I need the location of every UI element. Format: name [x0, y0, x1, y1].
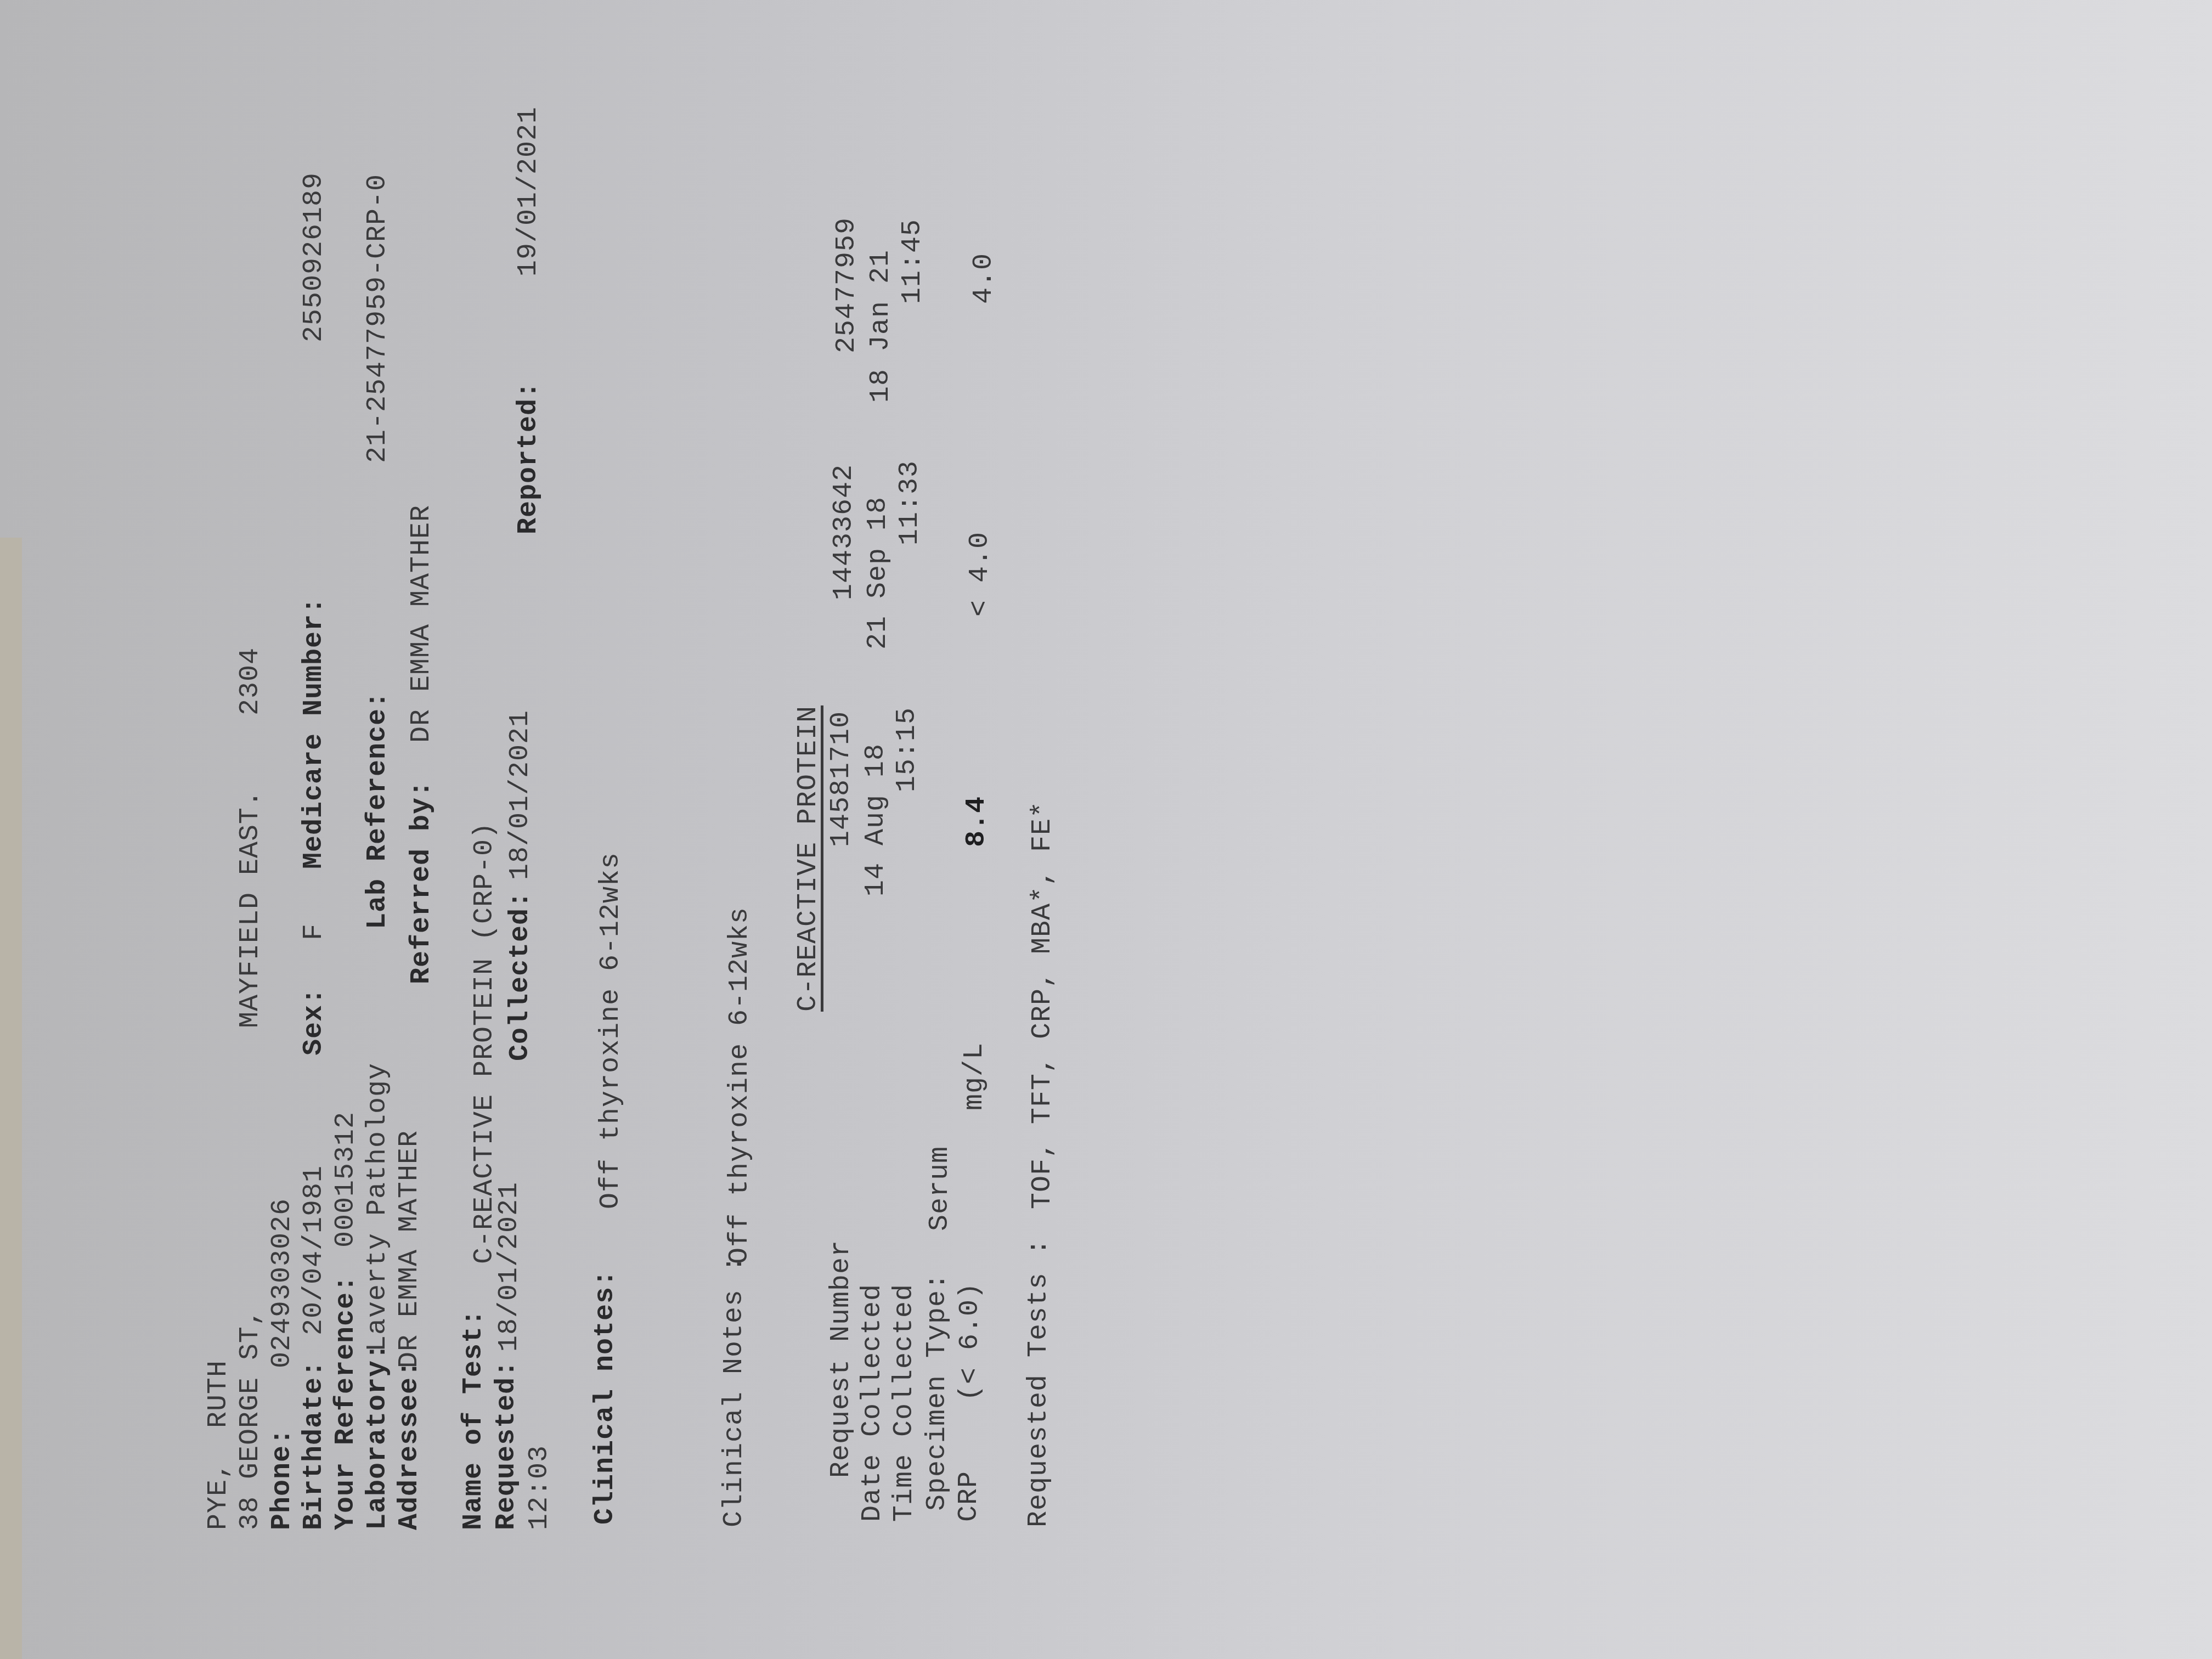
laboratory-label: Laboratory:: [362, 1343, 394, 1530]
results-heading: C-REACTIVE PROTEIN: [793, 706, 825, 1012]
col2-date: 21 Sep 18: [862, 496, 894, 650]
crp-units: mg/L: [959, 1042, 991, 1110]
col3-date: 18 Jan 21: [865, 250, 897, 403]
phone-value: 0249303026: [267, 1198, 298, 1368]
phone-label: Phone:: [267, 1428, 298, 1530]
birthdate-label: Birthdate:: [298, 1360, 330, 1530]
referred-by-value: DR EMMA MATHER: [406, 505, 438, 743]
col1-request-number: 14581710: [826, 711, 857, 847]
requested-tests-label: Requested Tests :: [1023, 1238, 1055, 1527]
row-label-specimen-type: Specimen Type:: [922, 1273, 953, 1511]
sex-label: Sex:: [298, 988, 330, 1056]
patient-address-suburb: MAYFIELD EAST.: [235, 790, 267, 1028]
patient-postcode: 2304: [235, 647, 267, 715]
addressee-label: Addressee:: [394, 1360, 426, 1530]
birthdate-value: 20/04/1981: [298, 1165, 330, 1335]
requested-date: 18/01/2021: [494, 1182, 526, 1352]
col2-request-number: 14433642: [828, 464, 860, 600]
crp-reference-range: (< 6.0): [955, 1282, 986, 1401]
col3-time: 11:45: [897, 219, 929, 304]
requested-time: 12:03: [524, 1445, 556, 1530]
col1-date: 14 Aug 18: [860, 743, 892, 896]
clinical-notes2-value: Off thyroxine 6-12wks: [724, 907, 756, 1264]
requested-label: Requested:: [491, 1360, 523, 1530]
sex-value: F: [298, 923, 330, 940]
row-label-request-number: Request Number: [826, 1240, 857, 1478]
col1-crp-value: 8.4: [961, 796, 993, 847]
pathology-report: PYE, RUTH 38 GEORGE ST, MAYFIELD EAST. 2…: [0, 0, 2212, 1659]
col2-crp-value: < 4.0: [964, 532, 996, 617]
clinical-notes-value: Off thyroxine 6-12wks: [595, 852, 627, 1209]
laboratory-value: Laverty Pathology: [362, 1063, 394, 1352]
row-label-time-collected: Time Collected: [889, 1284, 921, 1522]
your-reference-label: Your Reference:: [330, 1275, 362, 1530]
referred-by-label: Referred by:: [406, 780, 438, 984]
addressee-value: DR EMMA MATHER: [394, 1130, 426, 1368]
col3-crp-value: 4.0: [968, 253, 1000, 304]
col1-time: 15:15: [891, 707, 923, 792]
patient-address-street: 38 GEORGE ST,: [235, 1309, 267, 1530]
your-reference-value: 00015312: [330, 1111, 362, 1248]
collected-date: 18/01/2021: [505, 710, 537, 880]
col2-time: 11:33: [894, 460, 926, 545]
patient-name: PYE, RUTH: [203, 1360, 235, 1530]
row-label-date-collected: Date Collected: [857, 1284, 889, 1522]
lab-reference-label: Lab Reference:: [362, 691, 394, 929]
clinical-notes-label: Clinical notes:: [590, 1269, 622, 1525]
collected-label: Collected:: [505, 891, 537, 1061]
col3-request-number: 25477959: [831, 217, 863, 353]
reported-date: 19/01/2021: [513, 106, 545, 276]
row-label-crp: CRP: [953, 1471, 985, 1522]
medicare-label: Medicare Number:: [298, 597, 330, 869]
specimen-type-value: Serum: [924, 1146, 956, 1231]
medicare-value: 2550926189: [298, 172, 330, 342]
reported-label: Reported:: [513, 381, 545, 534]
clinical-notes2-label: Clinical Notes :: [719, 1255, 751, 1527]
lab-reference-value: 21-25477959-CRP-0: [362, 174, 394, 463]
test-name-label: Name of Test:: [458, 1309, 490, 1530]
requested-tests-value: TOF, TFT, CRP, MBA*, FE*: [1027, 801, 1059, 1209]
